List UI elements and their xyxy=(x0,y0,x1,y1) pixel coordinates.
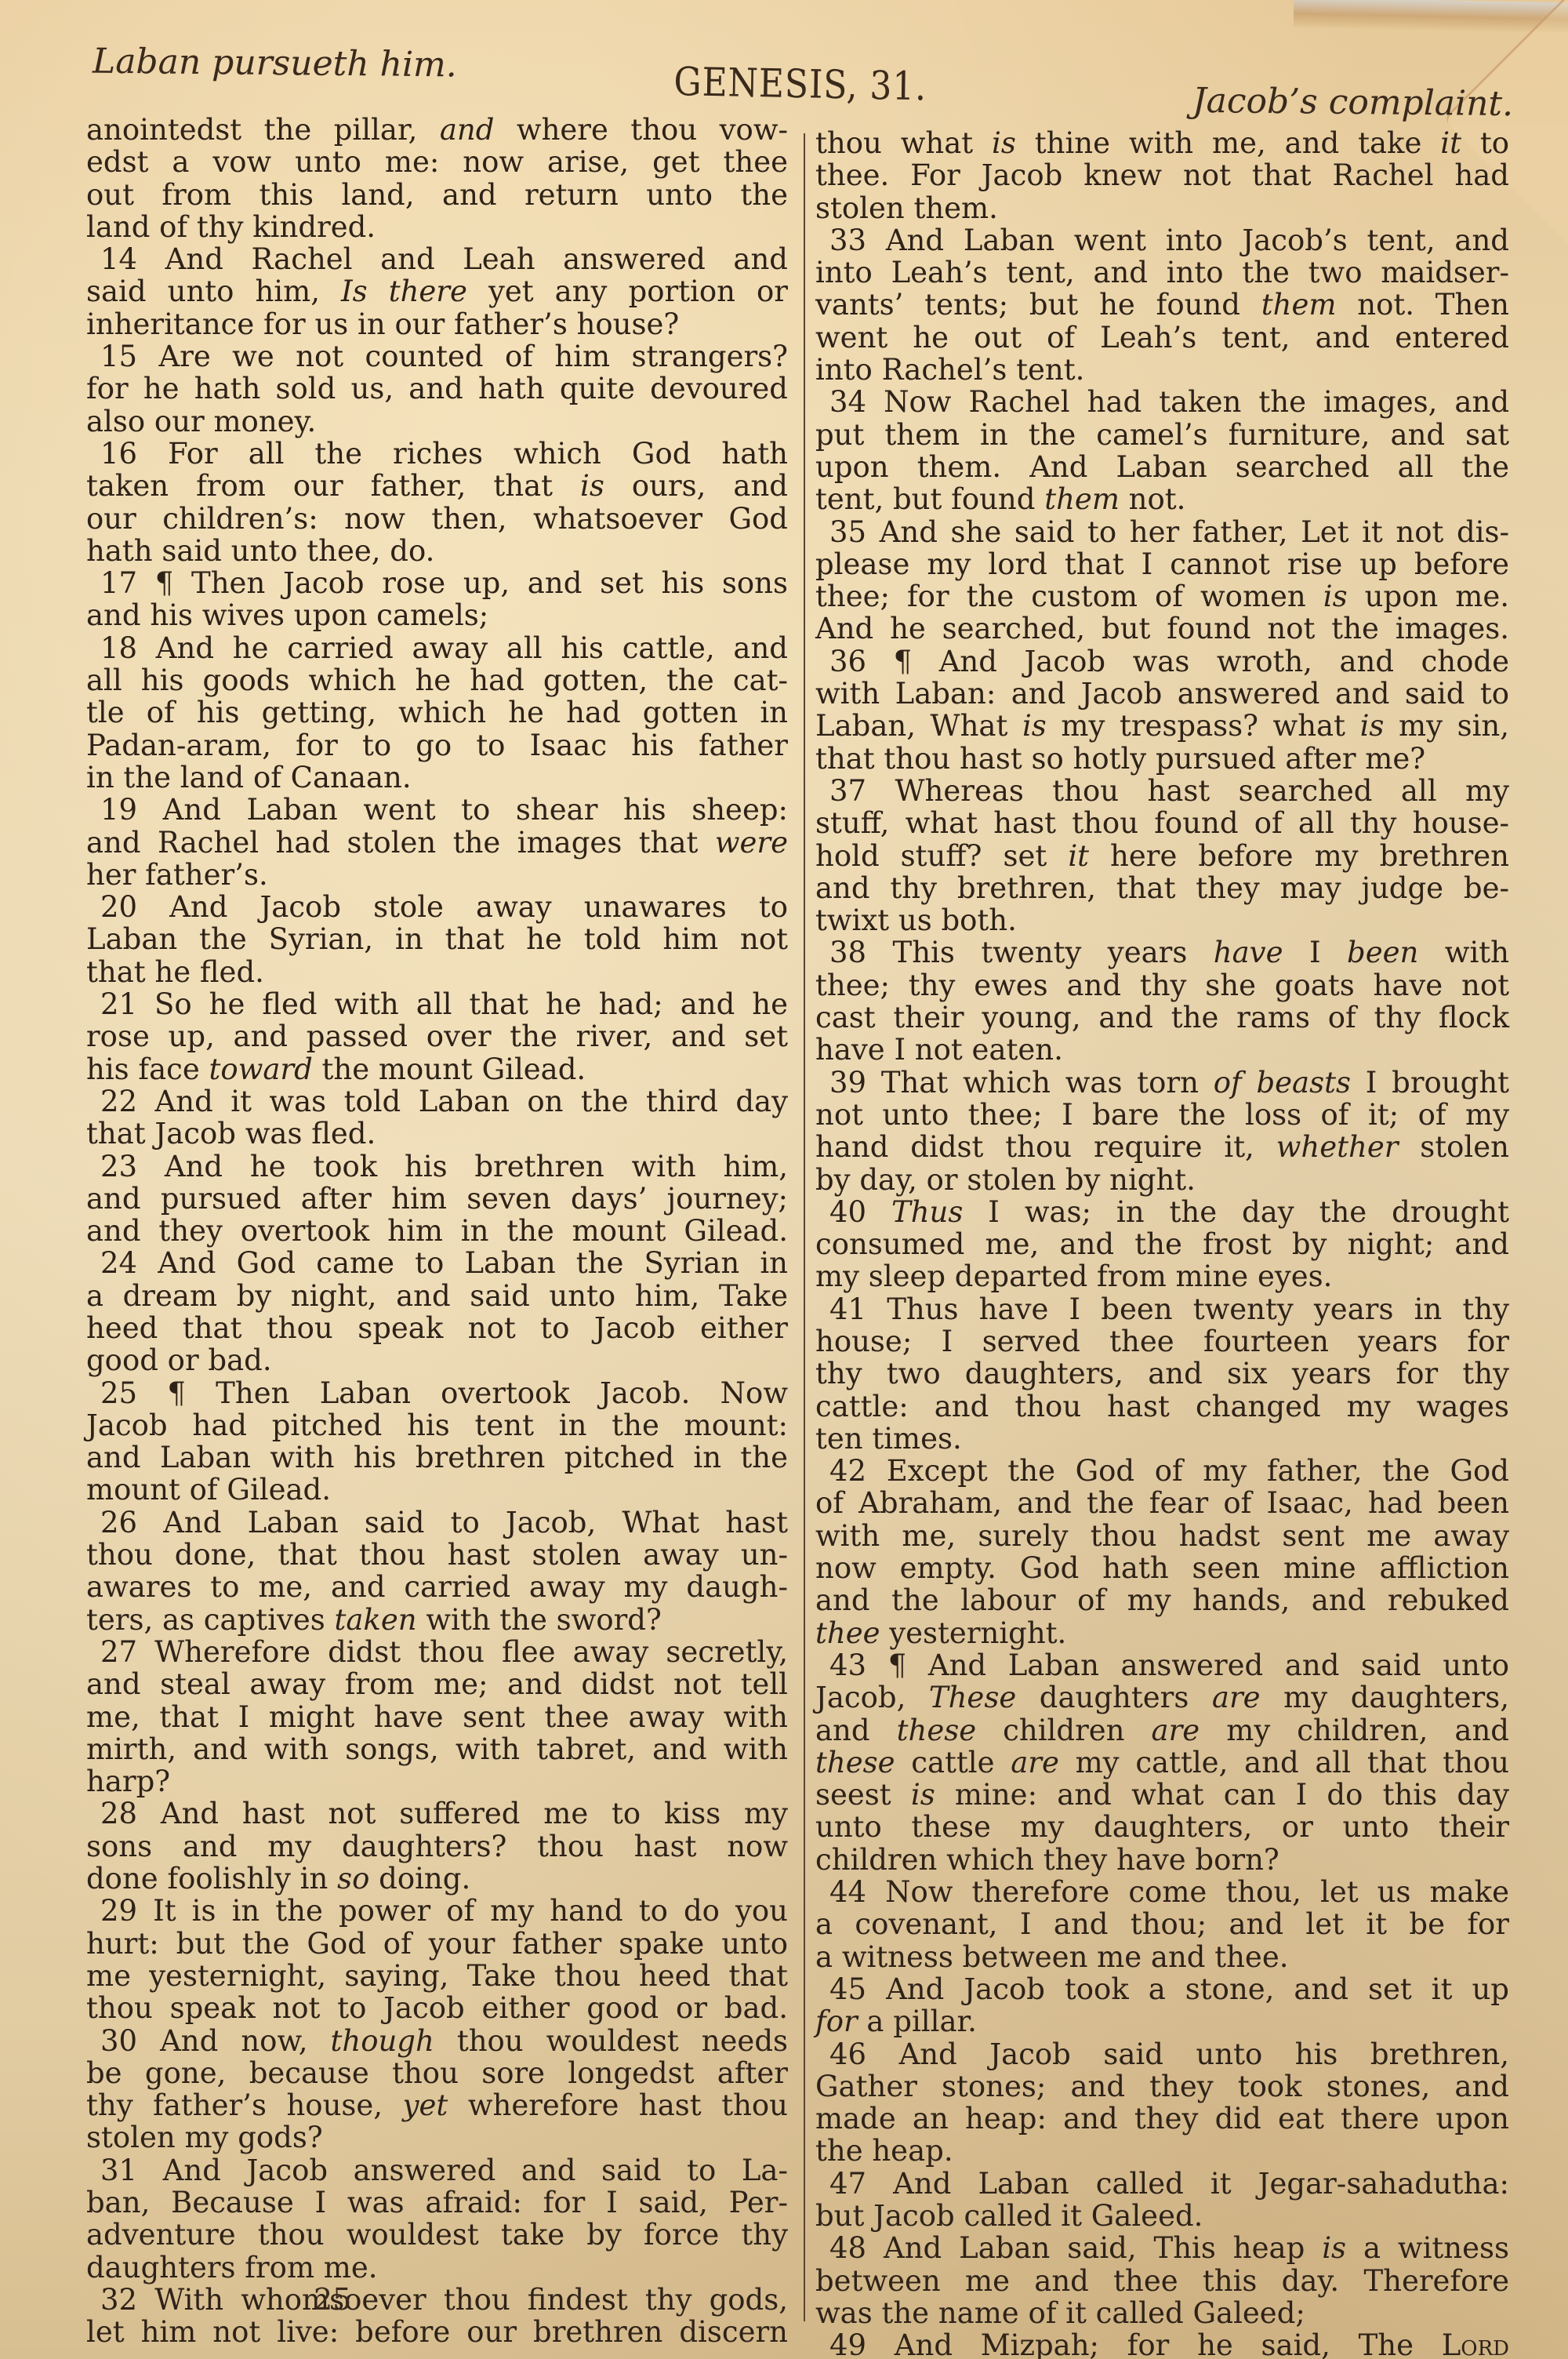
text-run: 42 Except the God of my father, the God xyxy=(829,1454,1509,1488)
text-run: consumed me, and the frost by night; and xyxy=(815,1227,1509,1261)
text-run: inheritance for us in our father’s house… xyxy=(86,307,679,341)
text-run: and pursued after him seven days’ journe… xyxy=(86,1182,788,1216)
text-line: 46 And Jacob said unto his brethren, xyxy=(815,2038,1509,2070)
text-run: but Jacob called it Galeed. xyxy=(815,2199,1203,2233)
text-run: a dream by night, and said unto him, Tak… xyxy=(86,1279,788,1313)
text-line: into Rachel’s tent. xyxy=(815,354,1509,386)
text-run: 37 Whereas thou hast searched all my xyxy=(829,774,1509,808)
text-line: thy two daughters, and six years for thy xyxy=(815,1358,1509,1390)
text-run: I was; in the day the drought xyxy=(963,1195,1509,1229)
italic-text: are xyxy=(1011,1746,1059,1779)
text-line: let him not live: before our brethren di… xyxy=(86,2316,788,2348)
text-run: mirth, and with songs, with tabret, and … xyxy=(86,1732,788,1766)
text-run: mine: and what can I do this day xyxy=(935,1778,1509,1812)
text-line: 25 ¶ Then Laban overtook Jacob. Now xyxy=(86,1377,788,1409)
text-line: into Leah’s tent, and into the two maids… xyxy=(815,256,1509,289)
italic-text: Is there xyxy=(341,274,467,308)
italic-text: and xyxy=(440,113,495,147)
italic-text: are xyxy=(1152,1714,1200,1747)
text-run: that Jacob was fled. xyxy=(86,1117,376,1150)
text-run: children xyxy=(976,1714,1151,1747)
text-run: 28 And hast not suffered me to kiss my xyxy=(100,1797,788,1830)
text-line: thee; thy ewes and thy she goats have no… xyxy=(815,969,1509,1001)
left-text-column: anointedst the pillar, and where thou vo… xyxy=(86,114,788,2348)
right-text-column: thou what is thine with me, and take it … xyxy=(815,127,1509,2359)
italic-text: are xyxy=(1212,1681,1261,1714)
text-run: Laban, What xyxy=(815,709,1022,743)
text-run: with the sword? xyxy=(417,1603,662,1637)
text-line: thou speak not to Jacob either good or b… xyxy=(86,1992,788,2024)
text-run: also our money. xyxy=(86,405,316,438)
text-line: for a pillar. xyxy=(815,2005,1509,2037)
text-line: ters, as captives taken with the sword? xyxy=(86,1604,788,1636)
italic-text: have xyxy=(1214,936,1283,969)
text-run: with me, surely thou hadst sent me away xyxy=(815,1519,1509,1553)
text-line: done foolishly in so doing. xyxy=(86,1863,788,1895)
text-run: to xyxy=(1461,126,1509,160)
text-run: 46 And Jacob said unto his brethren, xyxy=(829,2037,1509,2071)
text-run: 29 It is in the power of my hand to do y… xyxy=(100,1894,788,1928)
text-line: thee; for the custom of women is upon me… xyxy=(815,580,1509,612)
text-line: that Jacob was fled. xyxy=(86,1118,788,1150)
text-line: 39 That which was torn of beasts I broug… xyxy=(815,1067,1509,1099)
italic-text: toward xyxy=(209,1052,313,1086)
text-run: ours, and xyxy=(604,469,788,503)
text-run: with xyxy=(1418,936,1509,969)
text-line: land of thy kindred. xyxy=(86,211,788,243)
text-line: 49 And Mizpah; for he said, The Lord xyxy=(815,2329,1509,2359)
text-run: 19 And Laban went to shear his sheep: xyxy=(100,793,788,827)
text-run: and they overtook him in the mount Gilea… xyxy=(86,1214,788,1248)
text-line: thee. For Jacob knew not that Rachel had xyxy=(815,159,1509,191)
text-run: all his goods which he had gotten, the c… xyxy=(86,663,788,697)
text-line: a dream by night, and said unto him, Tak… xyxy=(86,1280,788,1312)
italic-text: these xyxy=(897,1714,976,1747)
text-line: 44 Now therefore come thou, let us make xyxy=(815,1876,1509,1908)
text-line: 31 And Jacob answered and said to La- xyxy=(86,2154,788,2186)
text-line: 14 And Rachel and Leah answered and xyxy=(86,243,788,275)
text-line: 33 And Laban went into Jacob’s tent, and xyxy=(815,224,1509,256)
text-line: of Abraham, and the fear of Isaac, had b… xyxy=(815,1487,1509,1519)
text-run: 43 ¶ And Laban answered and said unto xyxy=(829,1648,1509,1682)
text-line: twixt us both. xyxy=(815,904,1509,936)
text-run: my sleep departed from mine eyes. xyxy=(815,1259,1332,1293)
italic-text: These xyxy=(929,1681,1016,1714)
text-run: put them in the camel’s furniture, and s… xyxy=(815,418,1509,452)
text-line: our children’s: now then, whatsoever God xyxy=(86,503,788,535)
text-line: hurt: but the God of your father spake u… xyxy=(86,1928,788,1960)
text-line: 30 And now, though thou wouldest needs xyxy=(86,2025,788,2057)
text-line: please my lord that I cannot rise up bef… xyxy=(815,548,1509,580)
text-line: tle of his getting, which he had gotten … xyxy=(86,696,788,729)
text-line: with Laban: and Jacob answered and said … xyxy=(815,678,1509,710)
text-run: 38 This twenty years xyxy=(829,936,1214,969)
text-line: also our money. xyxy=(86,405,788,438)
text-run: 34 Now Rachel had taken the images, and xyxy=(829,385,1509,419)
text-run: let him not live: before our brethren di… xyxy=(86,2315,788,2349)
italic-text: them xyxy=(1261,288,1337,322)
text-run: 40 xyxy=(829,1195,891,1229)
text-run: and steal away from me; and didst not te… xyxy=(86,1667,788,1701)
text-run: in the land of Canaan. xyxy=(86,761,412,794)
running-head-left: Laban pursueth him. xyxy=(93,42,457,85)
text-line: 24 And God came to Laban the Syrian in xyxy=(86,1247,788,1279)
text-run: with Laban: and Jacob answered and said … xyxy=(815,677,1509,711)
text-run: unto these my daughters, or unto their xyxy=(815,1810,1509,1844)
text-run: the heap. xyxy=(815,2134,953,2168)
text-run: house; I served thee fourteen years for xyxy=(815,1325,1509,1358)
text-line: edst a vow unto me: now arise, get thee xyxy=(86,146,788,178)
text-run: into Rachel’s tent. xyxy=(815,353,1084,387)
text-run: 32 With whomsoever thou findest thy gods… xyxy=(100,2283,788,2317)
text-line: 35 And she said to her father, Let it no… xyxy=(815,516,1509,548)
text-run: and his wives upon camels; xyxy=(86,598,488,632)
text-line: and his wives upon camels; xyxy=(86,599,788,631)
text-run: and thy brethren, that they may judge be… xyxy=(815,871,1509,905)
text-line: unto these my daughters, or unto their xyxy=(815,1811,1509,1843)
text-run: please my lord that I cannot rise up bef… xyxy=(815,547,1509,581)
text-run: edst a vow unto me: now arise, get thee xyxy=(86,145,788,179)
text-run: twixt us both. xyxy=(815,903,1017,937)
italic-text: Thus xyxy=(891,1195,963,1229)
text-line: by day, or stolen by night. xyxy=(815,1164,1509,1196)
text-line: stolen them. xyxy=(815,192,1509,224)
text-run: me, that I might have sent thee away wit… xyxy=(86,1700,788,1734)
text-line: 43 ¶ And Laban answered and said unto xyxy=(815,1649,1509,1681)
text-run: for he hath sold us, and hath quite devo… xyxy=(86,372,788,405)
text-run: 25 ¶ Then Laban overtook Jacob. Now xyxy=(100,1376,788,1410)
text-run: and Rachel had stolen the images that xyxy=(86,826,715,860)
text-run: a witness between me and thee. xyxy=(815,1940,1289,1974)
italic-text: so xyxy=(337,1862,369,1896)
text-run: 15 Are we not counted of him strangers? xyxy=(100,340,788,373)
text-line: me yesternight, saying, Take thou heed t… xyxy=(86,1960,788,1992)
text-line: but Jacob called it Galeed. xyxy=(815,2200,1509,2232)
text-line: good or bad. xyxy=(86,1344,788,1376)
text-line: not unto thee; I bare the loss of it; of… xyxy=(815,1099,1509,1131)
text-line: Laban, What is my trespass? what is my s… xyxy=(815,710,1509,742)
text-run: 26 And Laban said to Jacob, What hast xyxy=(100,1506,788,1539)
text-line: and they overtook him in the mount Gilea… xyxy=(86,1215,788,1247)
text-run: anointedst the pillar, xyxy=(86,113,440,147)
text-run: heed that thou speak not to Jacob either xyxy=(86,1311,788,1345)
italic-text: it xyxy=(1068,839,1089,873)
italic-text: is xyxy=(1360,709,1385,743)
text-run: my daughters, xyxy=(1261,1681,1509,1714)
text-run: 41 Thus have I been twenty years in thy xyxy=(829,1292,1509,1326)
text-run: said unto him, xyxy=(86,274,341,308)
text-run: ten times. xyxy=(815,1422,962,1456)
text-run: thee; thy ewes and thy she goats have no… xyxy=(815,969,1509,1002)
text-run: the mount Gilead. xyxy=(313,1052,586,1086)
text-run: stolen xyxy=(1398,1130,1509,1164)
text-line: 47 And Laban called it Jegar-sahadutha: xyxy=(815,2168,1509,2200)
text-line: and thy brethren, that they may judge be… xyxy=(815,872,1509,904)
text-line: his face toward the mount Gilead. xyxy=(86,1053,788,1085)
text-run: thy two daughters, and six years for thy xyxy=(815,1357,1509,1390)
text-line: 26 And Laban said to Jacob, What hast xyxy=(86,1507,788,1539)
text-line: and Laban with his brethren pitched in t… xyxy=(86,1441,788,1474)
text-run: that he fled. xyxy=(86,955,264,989)
text-line: out from this land, and return unto the xyxy=(86,179,788,211)
text-run: hand didst thou require it, xyxy=(815,1130,1276,1164)
text-run: thou what xyxy=(815,126,992,160)
text-run: 14 And Rachel and Leah answered and xyxy=(100,242,788,276)
text-run: 18 And he carried away all his cattle, a… xyxy=(100,631,788,665)
text-line: sons and my daughters? thou hast now xyxy=(86,1830,788,1863)
text-line: her father’s. xyxy=(86,859,788,891)
text-line: heed that thou speak not to Jacob either xyxy=(86,1312,788,1344)
text-run: daughters from me. xyxy=(86,2251,378,2284)
italic-text: though xyxy=(331,2024,434,2058)
text-run: and the labour of my hands, and rebuked xyxy=(815,1583,1509,1617)
italic-text: is xyxy=(992,126,1016,160)
text-line: have I not eaten. xyxy=(815,1034,1509,1066)
text-run: tent, but found xyxy=(815,482,1044,516)
text-run: and xyxy=(815,1714,897,1747)
text-run: a witness xyxy=(1346,2231,1509,2265)
text-line: 32 With whomsoever thou findest thy gods… xyxy=(86,2284,788,2316)
text-run: was the name of it called Galeed; xyxy=(815,2296,1305,2330)
text-run: I brought xyxy=(1351,1066,1509,1100)
text-line: a covenant, I and thou; and let it be fo… xyxy=(815,1908,1509,1940)
text-run: that thou hast so hotly pursued after me… xyxy=(815,742,1425,776)
text-line: 37 Whereas thou hast searched all my xyxy=(815,775,1509,807)
text-run: wherefore hast thou xyxy=(448,2088,788,2122)
text-run: thou done, that thou hast stolen away un… xyxy=(86,1538,788,1572)
text-line: the heap. xyxy=(815,2135,1509,2167)
text-line: consumed me, and the frost by night; and xyxy=(815,1228,1509,1260)
text-run: land of thy kindred. xyxy=(86,210,376,244)
text-line: and steal away from me; and didst not te… xyxy=(86,1668,788,1700)
text-run: vants’ tents; but he found xyxy=(815,288,1261,322)
text-line: with me, surely thou hadst sent me away xyxy=(815,1520,1509,1552)
text-line: thee yesternight. xyxy=(815,1617,1509,1649)
text-run: daughters xyxy=(1016,1681,1212,1714)
text-line: adventure thou wouldest take by force th… xyxy=(86,2219,788,2251)
text-line: seest is mine: and what can I do this da… xyxy=(815,1779,1509,1811)
text-line: 34 Now Rachel had taken the images, and xyxy=(815,386,1509,418)
text-line: 16 For all the riches which God hath xyxy=(86,438,788,470)
text-run: thou speak not to Jacob either good or b… xyxy=(86,1991,788,2025)
text-run: 35 And she said to her father, Let it no… xyxy=(829,515,1509,549)
text-run: yet any portion or xyxy=(467,274,788,308)
text-line: my sleep departed from mine eyes. xyxy=(815,1260,1509,1292)
text-line: Jacob, These daughters are my daughters, xyxy=(815,1681,1509,1714)
text-run: cast their young, and the rams of thy fl… xyxy=(815,1001,1509,1034)
text-run: not. Then xyxy=(1336,288,1509,322)
text-line: Jacob had pitched his tent in the mount: xyxy=(86,1409,788,1441)
text-line: house; I served thee fourteen years for xyxy=(815,1325,1509,1358)
text-run: cattle xyxy=(895,1746,1011,1779)
text-run: 30 And now, xyxy=(100,2024,331,2058)
text-line: 15 Are we not counted of him strangers? xyxy=(86,340,788,373)
text-run: I xyxy=(1283,936,1348,969)
text-line: ban, Because I was afraid: for I said, P… xyxy=(86,2186,788,2219)
text-line: hath said unto thee, do. xyxy=(86,535,788,567)
text-run: here before my brethren xyxy=(1089,839,1509,873)
text-line: harp? xyxy=(86,1765,788,1797)
text-run: 44 Now therefore come thou, let us make xyxy=(829,1875,1509,1909)
text-line: upon them. And Laban searched all the xyxy=(815,451,1509,483)
italic-text: thee xyxy=(815,1616,880,1650)
text-run: her father’s. xyxy=(86,858,268,892)
text-line: cast their young, and the rams of thy fl… xyxy=(815,1001,1509,1034)
text-line: 48 And Laban said, This heap is a witnes… xyxy=(815,2232,1509,2264)
text-line: that he fled. xyxy=(86,956,788,988)
text-run: a covenant, I and thou; and let it be fo… xyxy=(815,1907,1509,1941)
page-number: 25 xyxy=(314,2282,351,2317)
text-run: taken from our father, that xyxy=(86,469,580,503)
text-run: my trespass? what xyxy=(1047,709,1360,743)
text-run: 47 And Laban called it Jegar-sahadutha: xyxy=(829,2167,1509,2201)
italic-text: for xyxy=(815,2005,858,2038)
text-line: stuff, what hast thou found of all thy h… xyxy=(815,807,1509,839)
text-run: Gather stones; and they took stones, and xyxy=(815,2070,1509,2103)
italic-text: is xyxy=(1022,709,1047,743)
text-line: mirth, and with songs, with tabret, and … xyxy=(86,1733,788,1765)
text-line: 38 This twenty years have I been with xyxy=(815,936,1509,969)
text-run: harp? xyxy=(86,1765,170,1798)
text-run: good or bad. xyxy=(86,1343,272,1377)
text-line: thou done, that thou hast stolen away un… xyxy=(86,1539,788,1571)
italic-text: of beasts xyxy=(1214,1066,1351,1100)
text-run: me yesternight, saying, Take thou heed t… xyxy=(86,1959,788,1993)
text-run: not unto thee; I bare the loss of it; of… xyxy=(815,1098,1509,1132)
text-line: 19 And Laban went to shear his sheep: xyxy=(86,794,788,826)
text-run: rose up, and passed over the river, and … xyxy=(86,1020,788,1053)
italic-text: yet xyxy=(403,2088,448,2122)
text-line: 41 Thus have I been twenty years in thy xyxy=(815,1293,1509,1325)
text-run: children which they have born? xyxy=(815,1843,1279,1877)
text-line: all his goods which he had gotten, the c… xyxy=(86,664,788,696)
small-caps-text: Lord xyxy=(1442,2328,1509,2359)
text-run: hold stuff? set xyxy=(815,839,1068,873)
text-run: into Leah’s tent, and into the two maids… xyxy=(815,256,1509,289)
text-line: 42 Except the God of my father, the God xyxy=(815,1455,1509,1487)
text-line: 21 So he fled with all that he had; and … xyxy=(86,988,788,1020)
text-run: my sin, xyxy=(1384,709,1509,743)
text-run: 36 ¶ And Jacob was wroth, and chode xyxy=(829,645,1509,678)
text-run: by day, or stolen by night. xyxy=(815,1163,1196,1197)
text-line: these cattle are my cattle, and all that… xyxy=(815,1747,1509,1779)
text-line: me, that I might have sent thee away wit… xyxy=(86,1701,788,1733)
text-line: Gather stones; and they took stones, and xyxy=(815,2070,1509,2103)
text-line: and these children are my children, and xyxy=(815,1714,1509,1747)
text-run: of Abraham, and the fear of Isaac, had b… xyxy=(815,1486,1509,1520)
text-run: ters, as captives xyxy=(86,1603,335,1637)
italic-text: is xyxy=(580,469,604,503)
text-line: anointedst the pillar, and where thou vo… xyxy=(86,114,788,146)
text-run: mount of Gilead. xyxy=(86,1473,331,1507)
text-run: Jacob, xyxy=(815,1681,929,1714)
text-line: 17 ¶ Then Jacob rose up, and set his son… xyxy=(86,567,788,599)
text-line: 45 And Jacob took a stone, and set it up xyxy=(815,1973,1509,2005)
text-run: cattle: and thou hast changed my wages xyxy=(815,1390,1509,1423)
text-line: 40 Thus I was; in the day the drought xyxy=(815,1196,1509,1228)
text-run: upon me. xyxy=(1348,580,1509,613)
text-run: thee. For Jacob knew not that Rachel had xyxy=(815,158,1509,192)
text-run: be gone, because thou sore longedst afte… xyxy=(86,2056,788,2090)
italic-text: been xyxy=(1347,936,1418,969)
text-line: 23 And he took his brethren with him, xyxy=(86,1150,788,1183)
text-line: hand didst thou require it, whether stol… xyxy=(815,1131,1509,1163)
text-run: seest xyxy=(815,1778,911,1812)
text-run: Laban the Syrian, in that he told him no… xyxy=(86,922,788,956)
text-run: tle of his getting, which he had gotten … xyxy=(86,696,788,729)
text-run: out from this land, and return unto the xyxy=(86,178,788,212)
text-line: daughters from me. xyxy=(86,2252,788,2284)
text-run: Jacob had pitched his tent in the mount: xyxy=(86,1408,788,1442)
text-line: And he searched, but found not the image… xyxy=(815,612,1509,645)
text-line: thy father’s house, yet wherefore hast t… xyxy=(86,2089,788,2121)
text-line: rose up, and passed over the river, and … xyxy=(86,1020,788,1052)
text-line: mount of Gilead. xyxy=(86,1474,788,1506)
text-run: my cattle, and all that thou xyxy=(1059,1746,1509,1779)
text-run: 16 For all the riches which God hath xyxy=(100,437,788,471)
text-line: children which they have born? xyxy=(815,1844,1509,1876)
text-run: hath said unto thee, do. xyxy=(86,534,434,568)
text-line: made an heap: and they did eat there upo… xyxy=(815,2103,1509,2135)
text-line: and pursued after him seven days’ journe… xyxy=(86,1183,788,1215)
running-head-chapter: GENESIS, 31. xyxy=(673,59,927,109)
text-line: vants’ tents; but he found them not. The… xyxy=(815,289,1509,321)
text-line: awares to me, and carried away my daugh- xyxy=(86,1571,788,1603)
text-run: not. xyxy=(1120,482,1186,516)
text-run: thou wouldest needs xyxy=(434,2024,788,2058)
text-run: 49 And Mizpah; for he said, The xyxy=(829,2328,1442,2359)
text-line: in the land of Canaan. xyxy=(86,761,788,794)
text-run: 23 And he took his brethren with him, xyxy=(100,1150,788,1183)
text-line: Padan-aram, for to go to Isaac his fathe… xyxy=(86,729,788,761)
text-line: for he hath sold us, and hath quite devo… xyxy=(86,373,788,405)
text-run: 24 And God came to Laban the Syrian in xyxy=(100,1246,788,1280)
page-top-edge xyxy=(1294,0,1568,33)
text-run: done foolishly in xyxy=(86,1862,337,1896)
text-run: our children’s: now then, whatsoever God xyxy=(86,502,788,536)
text-line: Laban the Syrian, in that he told him no… xyxy=(86,923,788,955)
text-line: now empty. God hath seen mine affliction xyxy=(815,1552,1509,1584)
text-run: between me and thee this day. Therefore xyxy=(815,2264,1509,2298)
text-run: awares to me, and carried away my daugh- xyxy=(86,1570,788,1604)
text-run: 27 Wherefore didst thou flee away secret… xyxy=(100,1635,788,1669)
text-run: where thou vow- xyxy=(494,113,788,147)
text-line: inheritance for us in our father’s house… xyxy=(86,308,788,340)
italic-text: them xyxy=(1044,482,1120,516)
italic-text: is xyxy=(911,1778,935,1812)
text-run: now empty. God hath seen mine affliction xyxy=(815,1551,1509,1585)
text-run: adventure thou wouldest take by force th… xyxy=(86,2218,788,2252)
text-run: 22 And it was told Laban on the third da… xyxy=(100,1085,788,1118)
text-run: 48 And Laban said, This heap xyxy=(829,2231,1322,2265)
column-divider xyxy=(804,133,805,2321)
text-line: thou what is thine with me, and take it … xyxy=(815,127,1509,159)
text-line: stolen my gods? xyxy=(86,2121,788,2154)
text-run: my children, and xyxy=(1200,1714,1509,1747)
italic-text: were xyxy=(715,826,788,860)
italic-text: whether xyxy=(1276,1130,1399,1164)
text-run: 21 So he fled with all that he had; and … xyxy=(100,987,788,1021)
text-line: cattle: and thou hast changed my wages xyxy=(815,1390,1509,1423)
text-line: 20 And Jacob stole away unawares to xyxy=(86,891,788,923)
text-run: yesternight. xyxy=(880,1616,1067,1650)
text-run: went he out of Leah’s tent, and entered xyxy=(815,321,1509,354)
text-line: between me and thee this day. Therefore xyxy=(815,2265,1509,2297)
text-line: that thou hast so hotly pursued after me… xyxy=(815,743,1509,775)
book-page: Laban pursueth him. GENESIS, 31. Jacob’s… xyxy=(0,0,1568,2359)
text-line: and Rachel had stolen the images that we… xyxy=(86,827,788,859)
text-line: was the name of it called Galeed; xyxy=(815,2297,1509,2329)
